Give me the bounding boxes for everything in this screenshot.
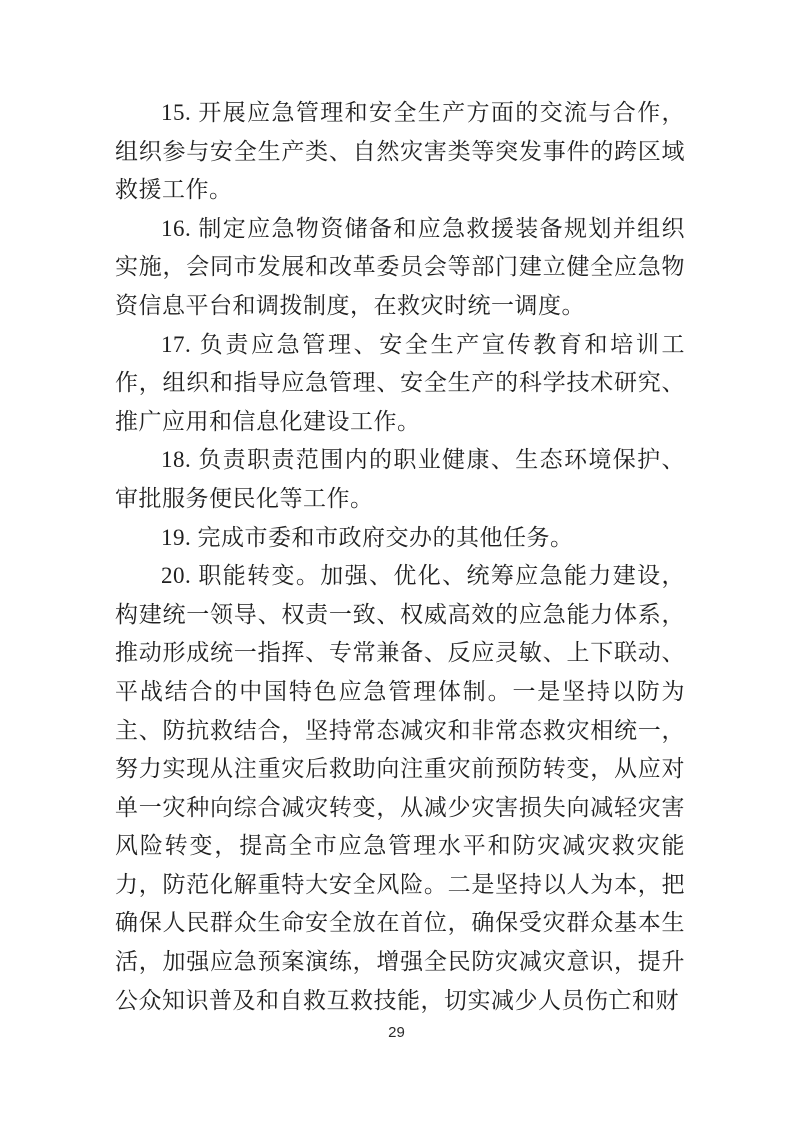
page-number: 29 xyxy=(0,1024,793,1041)
paragraph-item-15: 15. 开展应急管理和安全生产方面的交流与合作，组织参与安全生产类、自然灾害类等… xyxy=(115,94,685,210)
paragraph-item-16: 16. 制定应急物资储备和应急救援装备规划并组织实施，会同市发展和改革委员会等部… xyxy=(115,210,685,326)
paragraph-item-19: 19. 完成市委和市政府交办的其他任务。 xyxy=(115,519,685,558)
document-body: 15. 开展应急管理和安全生产方面的交流与合作，组织参与安全生产类、自然灾害类等… xyxy=(115,94,685,1020)
paragraph-item-20: 20. 职能转变。加强、优化、统筹应急能力建设，构建统一领导、权责一致、权威高效… xyxy=(115,557,685,1020)
paragraph-item-17: 17. 负责应急管理、安全生产宣传教育和培训工作，组织和指导应急管理、安全生产的… xyxy=(115,326,685,442)
paragraph-item-18: 18. 负责职责范围内的职业健康、生态环境保护、审批服务便民化等工作。 xyxy=(115,441,685,518)
document-page: 15. 开展应急管理和安全生产方面的交流与合作，组织参与安全生产类、自然灾害类等… xyxy=(0,0,793,1122)
